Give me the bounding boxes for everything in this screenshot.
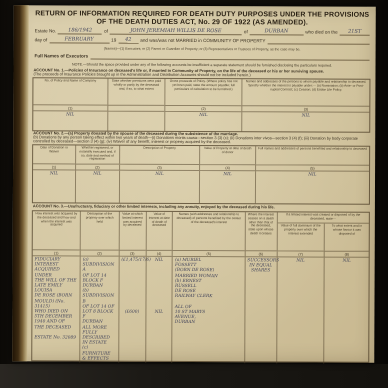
account3-entry-property: (a) SUBDIVISION A OF LOT 14 BLOCK F DURB… — [79, 257, 118, 363]
account3-entry-cesser: SUCCESSORS IN EQUAL SHARES — [244, 257, 276, 363]
executors-label: Full Names of Executors — [35, 53, 89, 59]
account1-col3-header: Gross proceeds of Policy. (Where policy … — [164, 79, 241, 105]
title-line1: RETURN OF INFORMATION REQUIRED FOR DEATH… — [32, 10, 373, 19]
account3-entry-dominium: NIL — [276, 257, 324, 363]
account3-col4-header: Value of interest at date of death of de… — [145, 212, 172, 250]
marriage-status-text: and was/was not MARRIED in COMMUNITY OF … — [140, 38, 265, 45]
account2-col1-header: Date of Donation or Waiver — [33, 145, 75, 163]
account3-group-header: If a limited interest was created or dis… — [276, 212, 368, 223]
account1-col1-header: No. of Policy and Name of Company — [33, 78, 107, 104]
account3-entry-beneficiaries: (a) MURIEL FOSSETT (BORN DE ROSE) MARRIE… — [172, 257, 245, 363]
binding-edge — [12, 5, 29, 361]
year-prefix: 19 — [111, 38, 116, 44]
account2-table: Date of Donation or Waiver Whether regis… — [32, 144, 370, 204]
document-title: RETURN OF INFORMATION REQUIRED FOR DEATH… — [32, 10, 373, 27]
death-month-value: FEBRUARY — [49, 36, 109, 43]
died-on-label: who died on the — [305, 29, 337, 35]
account2-heading: ACCOUNT No. 2.—(a) Property donated by t… — [33, 131, 370, 146]
account3-col2-header: Description of the property over which h… — [80, 212, 119, 250]
account2-row-cell: NIL — [119, 171, 200, 203]
account2-col2-header: Whether registered, or notarially execut… — [75, 145, 119, 163]
account3-col5-header: Names (with addresses and relationship t… — [172, 212, 244, 250]
account1-row-cell — [107, 112, 164, 131]
account3-col3-header: Value at which limited interest was acqu… — [118, 212, 145, 250]
account3-entry-value-death: NIL NIL — [145, 257, 172, 363]
account2-row-cell: NIL — [33, 170, 75, 202]
account1-table: No. of Policy and Name of Company State … — [32, 77, 370, 132]
page-content: RETURN OF INFORMATION REQUIRED FOR DEATH… — [30, 5, 373, 362]
day-of-label: day of — [35, 37, 48, 43]
estate-no-value: 186/1942 — [58, 27, 102, 34]
account3-entry-acquisition: FIDUCIARY INTEREST ACQUIRED UNDER THE WI… — [32, 256, 79, 362]
estate-no-label: Estate No. — [35, 28, 56, 34]
estate-line-2: day of FEBRUARY 19 42 and was/was not MA… — [35, 36, 370, 44]
scan-bottom-edge — [0, 364, 388, 388]
account2-col3-header: Description of Property — [119, 146, 200, 164]
account1-row-cell: NIL — [242, 112, 370, 132]
account3-col8-header: To what extent and in whose favour it wa… — [324, 224, 369, 251]
document-page: RETURN OF INFORMATION REQUIRED FOR DEATH… — [12, 5, 376, 363]
account2-col5-header: Full names and addresses of persons bene… — [255, 146, 369, 164]
account1-col4-header: Names and addresses of the persons to wh… — [242, 79, 370, 106]
account3-entry-disposal: NIL — [323, 258, 368, 364]
of-label-1: of — [104, 29, 108, 35]
account2-row-cell: NIL — [199, 171, 255, 203]
account3-col6-header: Where the interest ceases on a death oth… — [244, 212, 276, 250]
of-label-2: of — [244, 29, 248, 35]
estate-line-1: Estate No. 186/1942 of JOHN JEREMIAH WIL… — [35, 27, 370, 35]
death-day-value: 21ST — [340, 29, 370, 36]
account3-heading: ACCOUNT No. 3.—Usufructuary, fiduciary o… — [33, 204, 370, 210]
account2-row-cell: NIL — [75, 170, 119, 202]
account3-entry-value-acquired: (£1,475/17/6) (£600) — [118, 257, 145, 363]
account3-table: How interest was acquired by the decease… — [31, 210, 370, 362]
account3-col1-header: How interest was acquired by the decease… — [33, 211, 80, 249]
footnote: (Names)—(1) Executors; or (2) Parent or … — [32, 46, 373, 51]
account1-col2-header: State whether premiums were paid wholly … — [107, 79, 164, 105]
account2-col4-header: Value of Property at date of death of do… — [199, 146, 255, 164]
executors-value — [90, 59, 369, 61]
account3-heading-line1: ACCOUNT No. 3.—Usufructuary, fiduciary o… — [33, 204, 370, 210]
blank-rule — [267, 43, 369, 44]
account1-row-cell: NIL — [164, 112, 241, 131]
account3-col7-header: Value of full dominium of the property o… — [276, 223, 324, 250]
death-year-value: 42 — [118, 37, 138, 44]
account2-row-cell: NIL — [255, 171, 369, 203]
title-line2: OF THE DEATH DUTIES ACT, No. 29 OF 1922 … — [32, 18, 373, 27]
deceased-name: JOHN JEREMIAH WILLIS DE ROSE — [110, 28, 242, 36]
account1-row-cell: NIL — [33, 111, 107, 130]
executors-line: Full Names of Executors — [35, 53, 370, 60]
deceased-residence: DURBAN — [250, 28, 303, 35]
